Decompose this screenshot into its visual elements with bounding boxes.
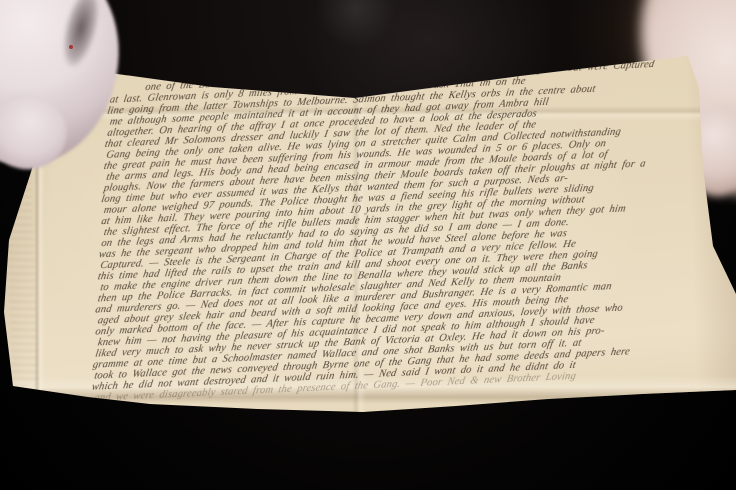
letter-text: one of the Bahalanceum sheet I send to y… [41, 56, 735, 406]
photograph: one of the Bahalanceum sheet I send to y… [0, 0, 736, 490]
red-speck [69, 45, 73, 49]
